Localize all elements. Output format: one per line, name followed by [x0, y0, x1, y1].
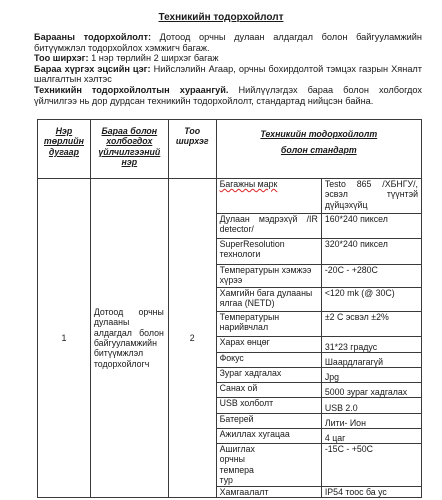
spec-value: 4 цаг: [321, 429, 421, 444]
spec-key: Зураг хадгалах: [216, 368, 321, 383]
spec-key: Ашиглах орчны темпера тур: [216, 444, 321, 487]
spec-key: Дулаан мэдрэхүй /IR detector/: [216, 214, 321, 239]
cell-quantity: 2: [168, 179, 216, 498]
spec-table: Нэр төрлийн дугаар Бараа болон холбогдох…: [37, 119, 422, 498]
spec-key: SuperResolution технологи: [216, 239, 321, 265]
spec-value: ±2 C эсвэл ±2%: [321, 312, 421, 337]
spec-value: Jpg: [321, 368, 421, 383]
spec-key: Харах өнцөг: [216, 337, 321, 353]
spec-value: <120 mk (@ 30C): [321, 288, 421, 312]
spec-key: Температурын хэмжээ хүрээ: [216, 265, 321, 288]
header-item-name-text: Бараа болон холбогдох үйлчилгээний нэр: [98, 126, 160, 167]
header-technical-spec: Техникийн тодорхойлолт болон стандарт: [216, 120, 421, 179]
paragraph-spec-summary: Техникийн тодорхойлолтын хураангуй. Нийл…: [34, 85, 422, 106]
spec-key: Санах ой: [216, 383, 321, 398]
paragraph-delivery-point: Бараа хүргэх эцсийн цэг: Нийслэлийн Агаа…: [34, 64, 422, 85]
spec-key-text: Ашиглах орчны темпера тур: [220, 444, 290, 486]
spec-value: 5000 зураг хадгалах: [321, 383, 421, 398]
table-row: 1 Дотоод орчны дулааны алдагдал болон ба…: [38, 179, 422, 214]
label-spec-summary: Техникийн тодорхойлолтын хураангуй.: [34, 85, 228, 95]
header-spec-line1: Техникийн тодорхойлолт: [260, 129, 377, 139]
spec-key: USB холболт: [216, 398, 321, 414]
paragraph-quantity: Тоо ширхэг: 1 нэр төрлийн 2 ширхэг багаж: [34, 53, 422, 64]
spec-key: Хамгаалалт: [216, 486, 321, 497]
header-quantity: Тоо ширхэг: [168, 120, 216, 179]
paragraph-product-description: Барааны тодорхойлолт: Дотоод орчны дулаа…: [34, 32, 422, 53]
header-item-number-text: Нэр төрлийн дугаар: [44, 126, 84, 157]
header-item-name: Бараа болон холбогдох үйлчилгээний нэр: [90, 120, 168, 179]
spec-value: 160*240 пиксел: [321, 214, 421, 239]
page-title: Техникийн тодорхойлолт: [0, 12, 442, 23]
spec-value: 31*23 градус: [321, 337, 421, 353]
spec-value: USB 2.0: [321, 398, 421, 414]
cell-item-name-text: Дотоод орчны дулааны алдагдал болон байг…: [94, 307, 164, 369]
text-quantity: 1 нэр төрлийн 2 ширхэг багаж: [89, 53, 219, 63]
label-delivery-point: Бараа хүргэх эцсийн цэг:: [34, 64, 151, 74]
spec-value: -15C - +50C: [321, 444, 421, 487]
header-spec-line2: болон стандарт: [281, 145, 357, 155]
cell-item-number: 1: [38, 179, 91, 498]
spec-key: Батерей: [216, 414, 321, 429]
cutoff-previous-line: ··· ·· ·· ··· ··: [85, 0, 163, 4]
spec-value: Шаардлагагүй: [321, 353, 421, 368]
header-quantity-text: Тоо ширхэг: [176, 126, 209, 146]
spec-key: Температурын нарийвчлал: [216, 312, 321, 337]
label-product-description: Барааны тодорхойлолт:: [34, 32, 151, 42]
spec-value: -20C - +280C: [321, 265, 421, 288]
cell-item-name: Дотоод орчны дулааны алдагдал болон байг…: [90, 179, 168, 498]
page-title-text: Техникийн тодорхойлолт: [159, 12, 284, 23]
spec-key: Фокус: [216, 353, 321, 368]
spec-value: 320*240 пиксел: [321, 239, 421, 265]
spec-key: Багажны марк: [216, 179, 321, 214]
spec-value: IP54 тоос ба ус: [321, 486, 421, 497]
table-header-row: Нэр төрлийн дугаар Бараа болон холбогдох…: [38, 120, 422, 179]
intro-section: Барааны тодорхойлолт: Дотоод орчны дулаа…: [34, 32, 422, 106]
spec-value: Лити- Ион: [321, 414, 421, 429]
label-quantity: Тоо ширхэг:: [34, 53, 89, 63]
header-item-number: Нэр төрлийн дугаар: [38, 120, 91, 179]
spec-key: Ажиллах хугацаа: [216, 429, 321, 444]
spec-value: Testo 865 /ХБНГУ/, эсвэл түүнтэй дүйцэхү…: [321, 179, 421, 214]
spec-key-text: Багажны марк: [220, 179, 278, 189]
spec-key: Хамгийн бага дулааны ялгаа (NETD): [216, 288, 321, 312]
